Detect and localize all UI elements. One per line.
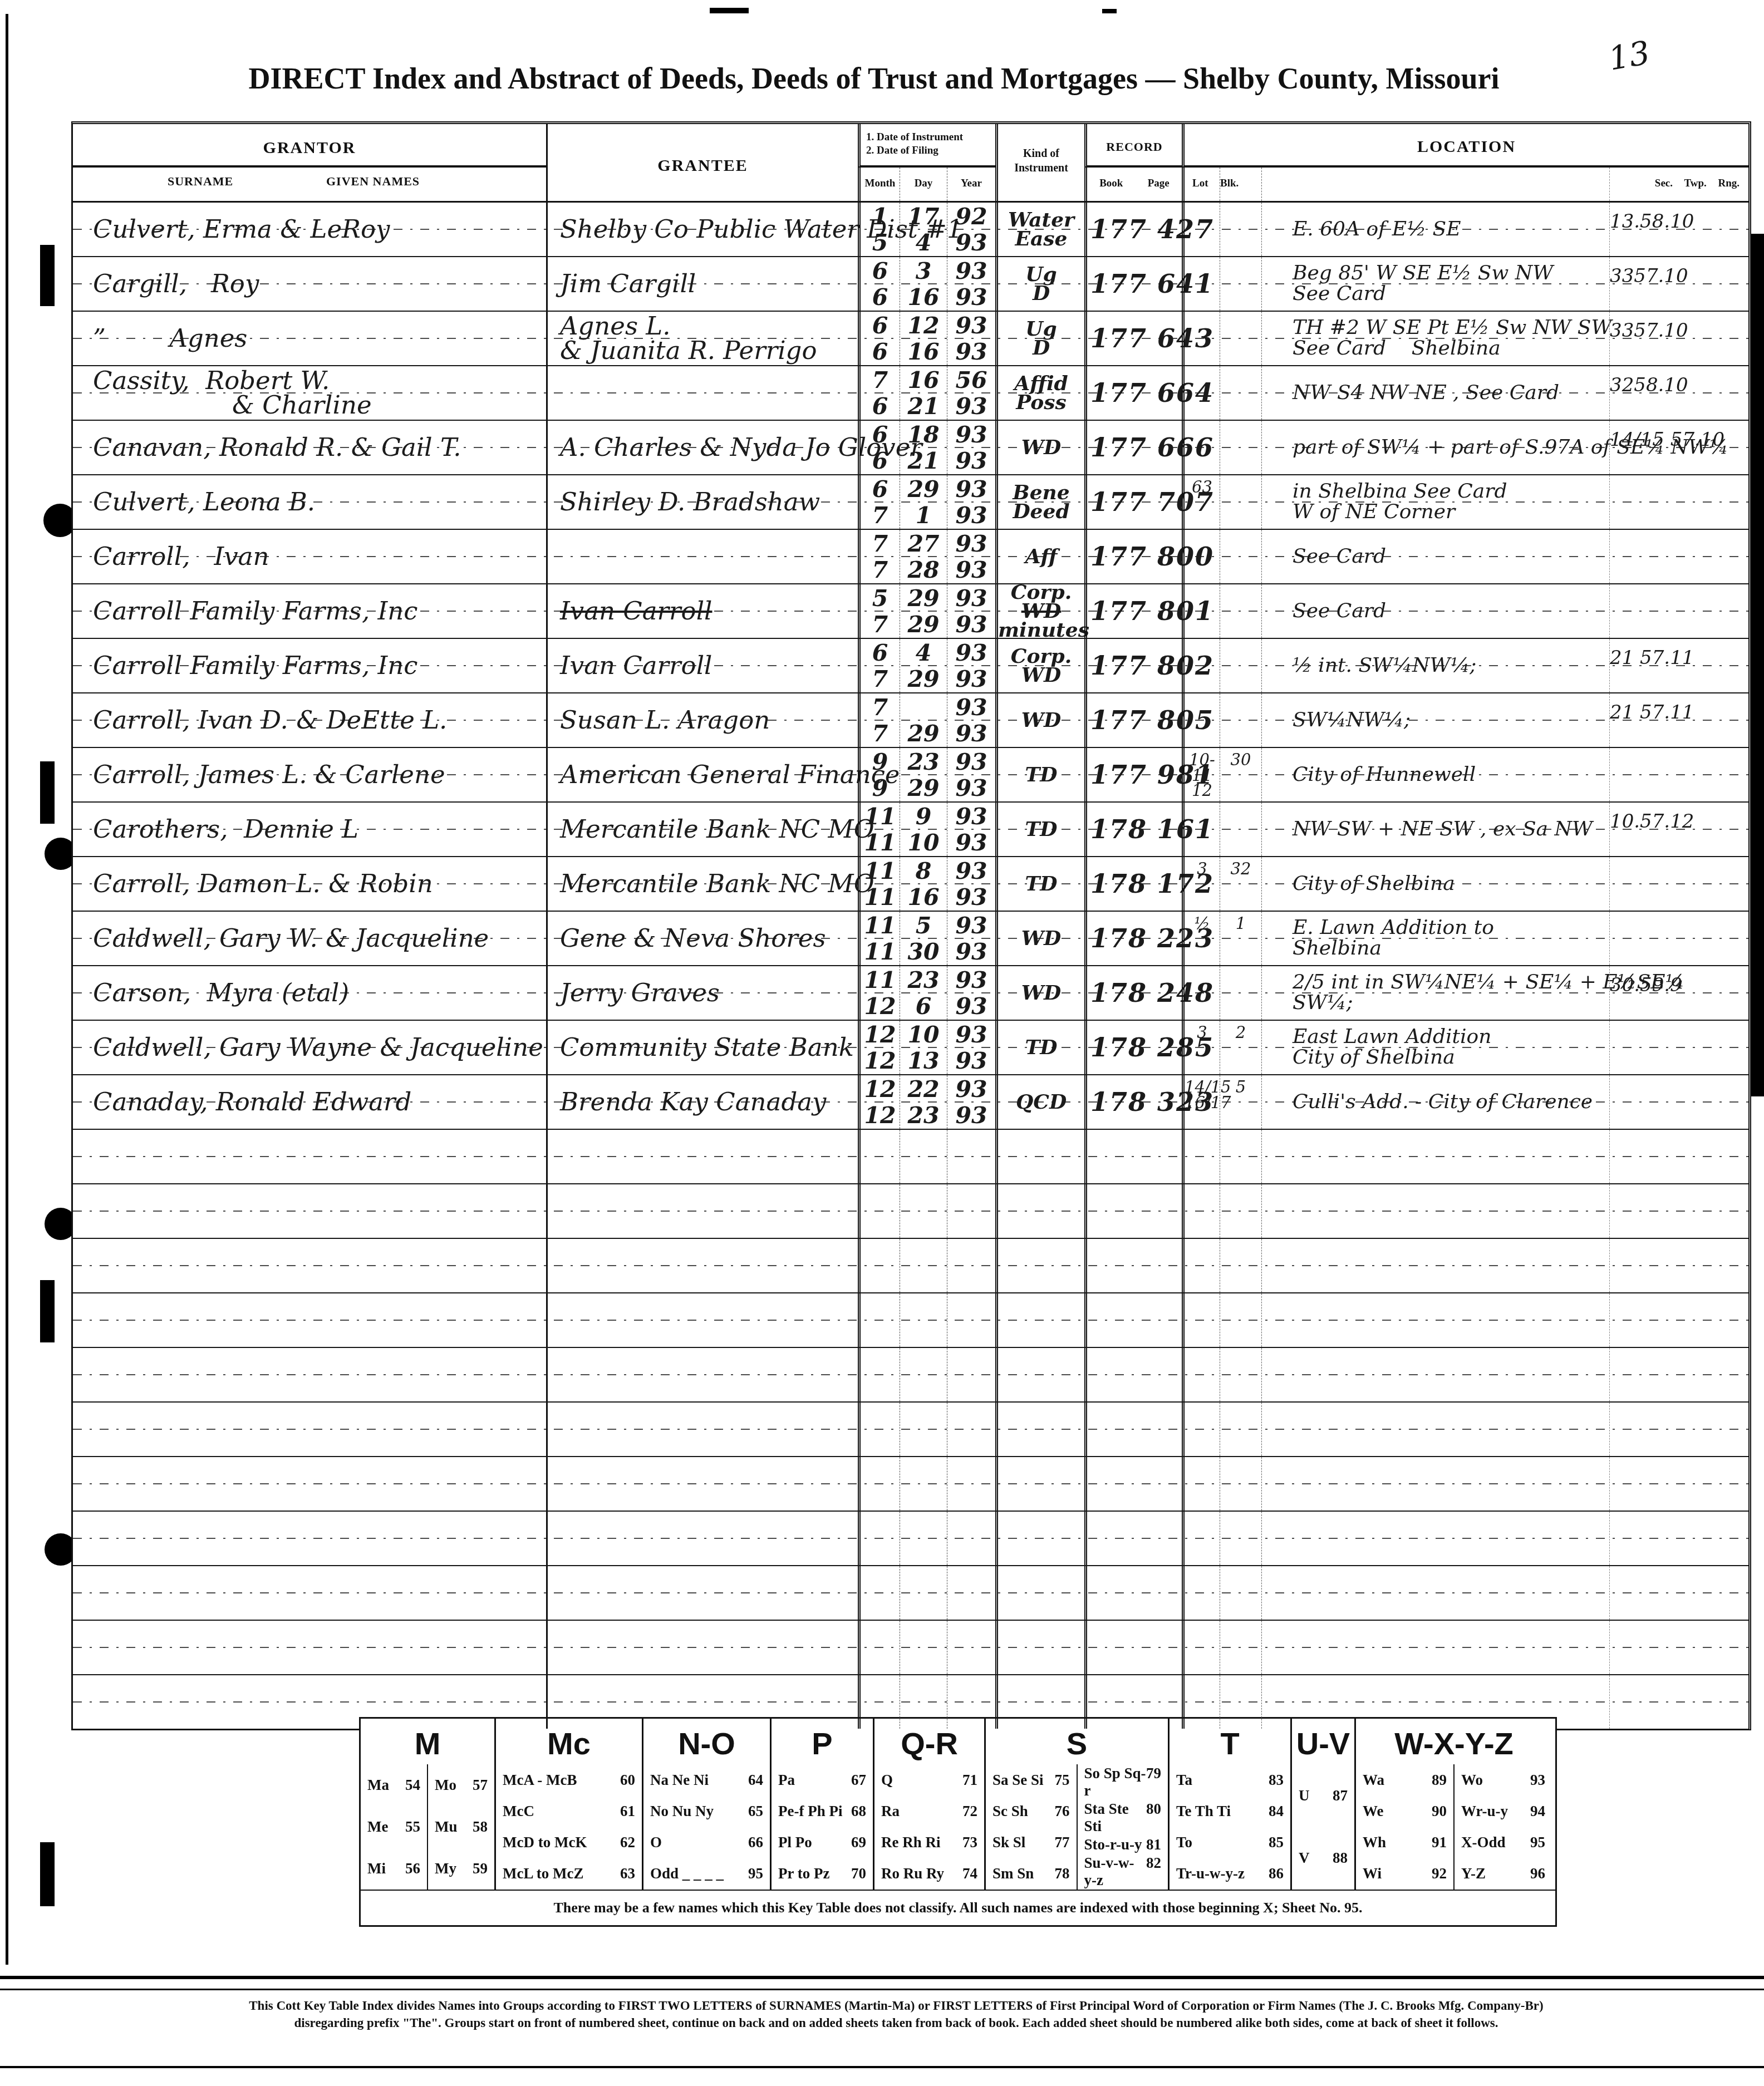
day-cell: 17 4 bbox=[900, 203, 947, 256]
key-item-label: Y-Z bbox=[1461, 1865, 1486, 1882]
key-item-label: Sto-r-u-y bbox=[1084, 1836, 1142, 1853]
year-label: Year bbox=[947, 168, 995, 201]
index-entry-row: Carroll, Ivan 7 7 27 28 93 93 Aff 177 80… bbox=[73, 530, 1748, 584]
grantor-name: Canavan, Ronald R. & Gail T. bbox=[93, 435, 546, 460]
lot-cell bbox=[1182, 312, 1220, 365]
grantor-cell: Carroll, Ivan D. & DeEtte L. bbox=[73, 693, 546, 747]
grantee-cell: Jim Cargill bbox=[546, 257, 858, 311]
instrument-month: 1 bbox=[861, 203, 900, 229]
instrument-day: 29 bbox=[900, 584, 947, 611]
key-item-label: Mo bbox=[435, 1777, 456, 1794]
filing-year: 93 bbox=[947, 992, 995, 1019]
instrument-year: 93 bbox=[947, 857, 995, 883]
key-item-label: O bbox=[650, 1834, 662, 1851]
grantor-cell: Cassity, Robert W. & Charline bbox=[73, 366, 546, 420]
filing-day: 29 bbox=[900, 774, 947, 800]
date-of-filing-label: 2. Date of Filing bbox=[866, 144, 995, 158]
blk-cell bbox=[1220, 693, 1261, 747]
key-item: Mi56 bbox=[361, 1860, 427, 1877]
grantor-name: Carroll, James L. & Carlene bbox=[93, 762, 546, 787]
lot-cell: 3 bbox=[1182, 1021, 1220, 1074]
instrument-day: 27 bbox=[900, 530, 947, 556]
binder-mark bbox=[40, 245, 55, 306]
month-cell: 11 11 bbox=[858, 803, 900, 856]
grantee-cell: American General Finance bbox=[546, 748, 858, 801]
filing-year: 93 bbox=[947, 774, 995, 800]
key-group: McMcA - McB60McC61McD to McK62McL to McZ… bbox=[494, 1719, 642, 1890]
day-cell: 9 10 bbox=[900, 803, 947, 856]
blk-value: 32 bbox=[1220, 862, 1261, 877]
year-cell: 93 93 bbox=[947, 912, 995, 965]
key-item-label: No Nu Ny bbox=[650, 1803, 714, 1820]
deed-index-table: GRANTOR SURNAME GIVEN NAMES GRANTEE 1. D… bbox=[71, 121, 1751, 1730]
grantor-name: Culvert, Leona B. bbox=[93, 490, 546, 514]
location-cell: NW SW + NE SW , ex Sa NW bbox=[1261, 803, 1609, 856]
location-cell: City of Shelbina bbox=[1261, 857, 1609, 911]
kind-of-instrument-header: Kind of Instrument bbox=[995, 124, 1084, 201]
grantor-name: Carroll, Ivan bbox=[93, 544, 546, 569]
key-item-label: Sm Sn bbox=[992, 1865, 1034, 1882]
sec-twp-rng-value: 30.59.9 bbox=[1610, 974, 1748, 996]
grantor-cell: Carroll, Damon L. & Robin bbox=[73, 857, 546, 911]
instrument-month: 9 bbox=[861, 748, 900, 774]
key-item-number: 61 bbox=[620, 1803, 635, 1820]
book-label: Book bbox=[1099, 168, 1123, 201]
key-item: Y-Z96 bbox=[1455, 1865, 1552, 1882]
filing-month: 7 bbox=[861, 611, 900, 637]
location-cell: in Shelbina See Card W of NE Corner bbox=[1261, 475, 1609, 529]
page-title: DIRECT Index and Abstract of Deeds, Deed… bbox=[200, 61, 1547, 96]
location-line1: E. 60A of E½ SE bbox=[1293, 219, 1609, 240]
day-cell: 5 30 bbox=[900, 912, 947, 965]
key-item-number: 67 bbox=[851, 1772, 866, 1789]
grantee-name: A. Charles & Nyda Jo Glover bbox=[560, 435, 858, 460]
location-line2: See Card bbox=[1293, 284, 1609, 304]
key-item-number: 88 bbox=[1333, 1849, 1348, 1867]
instrument-year: 93 bbox=[947, 530, 995, 556]
key-item: Q71 bbox=[874, 1772, 984, 1789]
key-item-label: Na Ne Ni bbox=[650, 1772, 709, 1789]
filing-year: 93 bbox=[947, 665, 995, 691]
blk-cell: 32 bbox=[1220, 857, 1261, 911]
key-item-number: 79 bbox=[1146, 1765, 1161, 1799]
grantor-cell: Caldwell, Gary Wayne & Jacqueline bbox=[73, 1021, 546, 1074]
key-item-label: Su-v-w-y-z bbox=[1084, 1854, 1147, 1889]
filing-year: 93 bbox=[947, 283, 995, 309]
grantor-name: Carothers, Dennie L bbox=[93, 817, 546, 842]
grantor-cell: Carothers, Dennie L bbox=[73, 803, 546, 856]
instrument-month: 6 bbox=[861, 257, 900, 283]
instrument-month: 5 bbox=[861, 584, 900, 611]
location-cell: Beg 85' W SE E½ Sw NW See Card bbox=[1261, 257, 1609, 311]
grantee-name: Community State Bank bbox=[560, 1035, 858, 1060]
key-item-number: 74 bbox=[962, 1865, 977, 1882]
key-table-note: There may be a few names which this Key … bbox=[361, 1890, 1555, 1925]
year-cell: 93 93 bbox=[947, 584, 995, 638]
lot-label: Lot bbox=[1182, 168, 1220, 201]
record-cell: 178 161 bbox=[1084, 803, 1182, 856]
key-item-number: 55 bbox=[405, 1818, 420, 1836]
record-cell: 177 801 bbox=[1084, 584, 1182, 638]
surname-label: SURNAME bbox=[168, 174, 233, 189]
key-item-number: 73 bbox=[962, 1834, 977, 1851]
month-cell: 12 12 bbox=[858, 1021, 900, 1074]
instrument-day: 10 bbox=[900, 1021, 947, 1047]
month-cell: 11 11 bbox=[858, 912, 900, 965]
location-cell: City of Hunnewell bbox=[1261, 748, 1609, 801]
key-item-number: 77 bbox=[1055, 1834, 1070, 1851]
instrument-day: 23 bbox=[900, 748, 947, 774]
instrument-year: 93 bbox=[947, 693, 995, 720]
filing-month: 12 bbox=[861, 1101, 900, 1128]
instrument-day: 22 bbox=[900, 1075, 947, 1101]
record-header: RECORD bbox=[1084, 124, 1182, 168]
key-item-label: Me bbox=[367, 1818, 388, 1836]
key-item: Sta Ste Sti80 bbox=[1078, 1800, 1168, 1835]
kind-line1: Corp. bbox=[998, 647, 1084, 666]
record-cell: 178 323 bbox=[1084, 1075, 1182, 1129]
location-line2: Shelbina bbox=[1293, 938, 1609, 959]
kind-label-1: Kind of bbox=[998, 146, 1084, 161]
lot-value: 3 bbox=[1185, 862, 1220, 877]
grantor-name: Caldwell, Gary W. & Jacqueline bbox=[93, 926, 546, 951]
grantee-name: Shelby Co Public Water Dist #1 bbox=[560, 217, 858, 242]
blk-value: 5 bbox=[1220, 1080, 1261, 1095]
filing-year: 93 bbox=[947, 338, 995, 364]
key-item: Tr-u-w-y-z86 bbox=[1170, 1865, 1290, 1882]
index-entry-row: Caldwell, Gary Wayne & Jacqueline Commun… bbox=[73, 1021, 1748, 1075]
index-entry-row: Caldwell, Gary W. & Jacqueline Gene & Ne… bbox=[73, 912, 1748, 966]
key-item-number: 58 bbox=[473, 1818, 488, 1836]
kind-line1: WD bbox=[998, 983, 1084, 1002]
key-item-number: 64 bbox=[748, 1772, 763, 1789]
filing-day: 29 bbox=[900, 665, 947, 691]
kind-cell: Water Ease bbox=[995, 203, 1084, 256]
index-entry-row: Carroll Family Farms, Inc Ivan Carroll 6… bbox=[73, 639, 1748, 693]
lot-cell bbox=[1182, 421, 1220, 474]
kind-line1: Bene bbox=[998, 483, 1084, 502]
key-item-number: 89 bbox=[1432, 1772, 1447, 1789]
day-cell: 18 21 bbox=[900, 421, 947, 474]
kind-line1: QCD bbox=[998, 1093, 1084, 1111]
grantor-name: Cassity, Robert W. bbox=[93, 368, 546, 393]
location-cell: Culli's Add. - City of Clarence bbox=[1261, 1075, 1609, 1129]
grantee-name: Mercantile Bank NC MO bbox=[560, 872, 858, 896]
blk-cell bbox=[1220, 421, 1261, 474]
key-item: McA - McB60 bbox=[496, 1772, 642, 1789]
sec-twp-rng-cell: 10.57.12 bbox=[1609, 803, 1748, 856]
key-item: Wr-u-y94 bbox=[1455, 1803, 1552, 1820]
empty-ruled-row bbox=[73, 1675, 1748, 1729]
key-item-number: 95 bbox=[1530, 1834, 1545, 1851]
top-scan-dash bbox=[1102, 9, 1117, 13]
key-item-label: Ro Ru Ry bbox=[881, 1865, 944, 1882]
sec-twp-rng-cell: 3357.10 bbox=[1609, 312, 1748, 365]
sec-twp-rng-cell bbox=[1609, 1075, 1748, 1129]
index-entry-row: Carroll, Ivan D. & DeEtte L. Susan L. Ar… bbox=[73, 693, 1748, 748]
key-group: U-VU87V88 bbox=[1290, 1719, 1354, 1890]
kind-cell: TD bbox=[995, 748, 1084, 801]
instrument-day: 5 bbox=[900, 912, 947, 938]
key-item: Wo93 bbox=[1455, 1772, 1552, 1789]
empty-ruled-row bbox=[73, 1184, 1748, 1239]
kind-line1: TD bbox=[998, 1038, 1084, 1057]
sec-twp-rng-cell: 21 57.11 bbox=[1609, 693, 1748, 747]
day-cell: 4 29 bbox=[900, 639, 947, 692]
filing-day: 1 bbox=[900, 501, 947, 528]
filing-year: 93 bbox=[947, 611, 995, 637]
filing-day: 29 bbox=[900, 611, 947, 637]
day-cell: 23 29 bbox=[900, 748, 947, 801]
record-cell: 177 800 bbox=[1084, 530, 1182, 583]
key-group: MMa54Me55Mi56Mo57Mu58My59 bbox=[361, 1719, 494, 1890]
location-line1: City of Hunnewell bbox=[1293, 765, 1609, 785]
kind-cell: Affid Poss bbox=[995, 366, 1084, 420]
key-item: Na Ne Ni64 bbox=[643, 1772, 770, 1789]
key-item-label: Wa bbox=[1363, 1772, 1384, 1789]
key-item-number: 75 bbox=[1055, 1772, 1070, 1789]
empty-ruled-row bbox=[73, 1403, 1748, 1457]
instrument-month: 6 bbox=[861, 475, 900, 501]
record-cell: 178 248 bbox=[1084, 966, 1182, 1020]
blk-cell bbox=[1220, 366, 1261, 420]
filing-month: 6 bbox=[861, 447, 900, 473]
grantee-name: Jerry Graves bbox=[560, 981, 858, 1005]
given-names-label: GIVEN NAMES bbox=[326, 174, 420, 189]
kind-line1: Water bbox=[998, 210, 1084, 229]
filing-day: 13 bbox=[900, 1047, 947, 1073]
key-item-label: McL to McZ bbox=[503, 1865, 583, 1882]
record-cell: 178 285 bbox=[1084, 1021, 1182, 1074]
filing-day: 30 bbox=[900, 938, 947, 964]
filing-month: 7 bbox=[861, 665, 900, 691]
record-cell: 177 427 bbox=[1084, 203, 1182, 256]
grantee-cell: Ivan Carroll bbox=[546, 584, 858, 638]
key-item-number: 86 bbox=[1269, 1865, 1284, 1882]
year-cell: 93 93 bbox=[947, 1021, 995, 1074]
lot-cell bbox=[1182, 803, 1220, 856]
grantee-cell bbox=[546, 530, 858, 583]
kind-line1: WD bbox=[998, 711, 1084, 730]
filing-year: 93 bbox=[947, 720, 995, 746]
key-item: No Nu Ny65 bbox=[643, 1803, 770, 1820]
filing-day: 16 bbox=[900, 883, 947, 909]
grantor-header: GRANTOR bbox=[73, 124, 546, 168]
grantee-name: Ivan Carroll bbox=[560, 653, 858, 678]
empty-ruled-row bbox=[73, 1239, 1748, 1293]
key-item-label: Tr-u-w-y-z bbox=[1176, 1865, 1245, 1882]
instrument-year: 93 bbox=[947, 312, 995, 338]
empty-ruled-row bbox=[73, 1293, 1748, 1348]
grantor-name: Canaday, Ronald Edward bbox=[93, 1090, 546, 1114]
lot-cell bbox=[1182, 366, 1220, 420]
month-cell: 6 6 bbox=[858, 421, 900, 474]
lot-cell bbox=[1182, 530, 1220, 583]
location-cell: ½ int. SW¼NW¼; bbox=[1261, 639, 1609, 692]
key-item: Su-v-w-y-z82 bbox=[1078, 1854, 1168, 1889]
key-item-label: U bbox=[1299, 1787, 1310, 1804]
grantee-cell: Agnes L. & Juanita R. Perrigo bbox=[546, 312, 858, 365]
blk-cell bbox=[1220, 966, 1261, 1020]
day-cell: 29 29 bbox=[900, 584, 947, 638]
location-line2: See Card Shelbina bbox=[1293, 338, 1609, 359]
key-item-label: McD to McK bbox=[503, 1834, 587, 1851]
filing-year: 93 bbox=[947, 556, 995, 582]
grantor-cell: Carroll Family Farms, Inc bbox=[73, 639, 546, 692]
kind-cell: Ug D bbox=[995, 257, 1084, 311]
filing-month: 7 bbox=[861, 720, 900, 746]
blk-cell: 30 bbox=[1220, 748, 1261, 801]
kind-cell: Corp. WD minutes bbox=[995, 584, 1084, 638]
day-cell: 27 28 bbox=[900, 530, 947, 583]
day-cell: 3 16 bbox=[900, 257, 947, 311]
location-cell: SW¼NW¼; bbox=[1261, 693, 1609, 747]
location-line1: East Lawn Addition bbox=[1293, 1027, 1609, 1047]
location-line2: City of Shelbina bbox=[1293, 1047, 1609, 1068]
kind-line2: Deed bbox=[998, 502, 1084, 521]
index-entry-row: Cassity, Robert W. & Charline 7 6 16 21 … bbox=[73, 366, 1748, 421]
grantor-cell: Canavan, Ronald R. & Gail T. bbox=[73, 421, 546, 474]
page-number: 13 bbox=[1606, 33, 1653, 78]
location-cell: TH #2 W SE Pt E½ Sw NW SW See Card Shelb… bbox=[1261, 312, 1609, 365]
month-cell: 9 9 bbox=[858, 748, 900, 801]
sec-twp-rng-label: Sec. Twp. Rng. bbox=[1609, 168, 1748, 201]
location-line1: in Shelbina See Card bbox=[1293, 481, 1609, 502]
key-item: Pr to Pz70 bbox=[772, 1865, 873, 1882]
sec-twp-rng-cell: 14/15 57.10 bbox=[1609, 421, 1748, 474]
key-item-label: Re Rh Ri bbox=[881, 1834, 941, 1851]
grantee-cell: Brenda Kay Canaday bbox=[546, 1075, 858, 1129]
filing-day: 21 bbox=[900, 447, 947, 473]
instrument-day: 4 bbox=[900, 639, 947, 665]
record-cell: 177 666 bbox=[1084, 421, 1182, 474]
key-item-number: 54 bbox=[405, 1777, 420, 1794]
kind-line2: WD bbox=[998, 666, 1084, 685]
key-item-number: 71 bbox=[962, 1772, 977, 1789]
year-cell: 93 93 bbox=[947, 857, 995, 911]
year-cell: 93 93 bbox=[947, 639, 995, 692]
instrument-year: 92 bbox=[947, 203, 995, 229]
key-item-label: Q bbox=[881, 1772, 893, 1789]
filing-day: 16 bbox=[900, 283, 947, 309]
record-cell: 177 802 bbox=[1084, 639, 1182, 692]
grantor-cell: Culvert, Erma & LeRoy bbox=[73, 203, 546, 256]
location-line1: 2/5 int in SW¼NE¼ + SE¼ + E½SE¼ bbox=[1293, 972, 1609, 993]
year-cell: 93 93 bbox=[947, 803, 995, 856]
filing-month: 9 bbox=[861, 774, 900, 800]
binder-mark bbox=[40, 761, 55, 824]
filing-month: 11 bbox=[861, 938, 900, 964]
kind-line1: TD bbox=[998, 874, 1084, 893]
grantee-name: Agnes L. bbox=[560, 314, 858, 338]
key-item-number: 92 bbox=[1432, 1865, 1447, 1882]
lot-value: 14/15 16/17 bbox=[1185, 1080, 1220, 1110]
grantor-cell: Caldwell, Gary W. & Jacqueline bbox=[73, 912, 546, 965]
key-item: U87 bbox=[1292, 1787, 1354, 1804]
instrument-year: 93 bbox=[947, 748, 995, 774]
key-item: McD to McK62 bbox=[496, 1834, 642, 1851]
lot-value: ½ bbox=[1185, 916, 1220, 932]
key-group: PPa67Pe-f Ph Pi68Pl Po69Pr to Pz70 bbox=[770, 1719, 873, 1890]
key-item: Odd _ _ _ _95 bbox=[643, 1865, 770, 1882]
kind-cell: WD bbox=[995, 693, 1084, 747]
scan-rule bbox=[0, 1976, 1764, 1979]
year-cell: 93 93 bbox=[947, 421, 995, 474]
instrument-month: 6 bbox=[861, 421, 900, 447]
month-cell: 7 6 bbox=[858, 366, 900, 420]
sec-twp-rng-value: 21 57.11 bbox=[1610, 647, 1748, 669]
filing-year: 93 bbox=[947, 883, 995, 909]
grantee-cell: Shelby Co Public Water Dist #1 bbox=[546, 203, 858, 256]
location-line1: City of Shelbina bbox=[1293, 874, 1609, 894]
key-item: We90 bbox=[1356, 1803, 1453, 1820]
sec-twp-rng-cell bbox=[1609, 584, 1748, 638]
empty-ruled-row bbox=[73, 1621, 1748, 1675]
key-item: Ta83 bbox=[1170, 1772, 1290, 1789]
index-entry-row: Carroll Family Farms, Inc Ivan Carroll 5… bbox=[73, 584, 1748, 639]
key-item-label: Pe-f Ph Pi bbox=[778, 1803, 842, 1820]
blk-value: 1 bbox=[1220, 916, 1261, 932]
grantor-name: Carroll, Ivan D. & DeEtte L. bbox=[93, 708, 546, 732]
location-cell: See Card bbox=[1261, 584, 1609, 638]
kind-struck: WD bbox=[998, 602, 1084, 621]
record-cell: 177 707 bbox=[1084, 475, 1182, 529]
location-cell: E. 60A of E½ SE bbox=[1261, 203, 1609, 256]
filing-year: 93 bbox=[947, 447, 995, 473]
month-cell: 6 6 bbox=[858, 257, 900, 311]
instrument-month: 11 bbox=[861, 857, 900, 883]
index-entry-row: Cargill, Roy Jim Cargill 6 6 3 16 93 93 … bbox=[73, 257, 1748, 312]
key-group: SSa Se Si75Sc Sh76Sk Sl77Sm Sn78So Sp Sq… bbox=[984, 1719, 1168, 1890]
key-item-number: 95 bbox=[748, 1865, 763, 1882]
key-item-number: 81 bbox=[1146, 1836, 1161, 1853]
index-entry-row: Canaday, Ronald Edward Brenda Kay Canada… bbox=[73, 1075, 1748, 1130]
record-cell: 177 981 bbox=[1084, 748, 1182, 801]
grantor-name: ” Agnes bbox=[93, 326, 546, 351]
filing-month: 12 bbox=[861, 1047, 900, 1073]
kind-cell: Ug D bbox=[995, 312, 1084, 365]
filing-month: 12 bbox=[861, 992, 900, 1019]
instrument-day: 29 bbox=[900, 475, 947, 501]
location-line1: part of SW¼ + part of S.97A of SE¼ NW¼ bbox=[1293, 437, 1609, 458]
location-line1: ½ int. SW¼NW¼; bbox=[1293, 656, 1609, 676]
grantee-cell: Ivan Carroll bbox=[546, 639, 858, 692]
year-cell: 93 93 bbox=[947, 257, 995, 311]
location-cell: part of SW¼ + part of S.97A of SE¼ NW¼ bbox=[1261, 421, 1609, 474]
key-item: My59 bbox=[428, 1860, 494, 1877]
grantor-name: Carson, Myra (etal) bbox=[93, 981, 546, 1005]
key-item-number: 62 bbox=[620, 1834, 635, 1851]
index-entry-row: Culvert, Erma & LeRoy Shelby Co Public W… bbox=[73, 203, 1748, 257]
location-line1: SW¼NW¼; bbox=[1293, 710, 1609, 731]
key-item-label: Wo bbox=[1461, 1772, 1483, 1789]
scan-rule bbox=[0, 1989, 1764, 1990]
year-cell: 93 93 bbox=[947, 966, 995, 1020]
binder-mark bbox=[40, 1280, 55, 1342]
filing-month: 11 bbox=[861, 829, 900, 855]
sec-twp-rng-value: 13.58.10 bbox=[1610, 210, 1748, 233]
kind-cell: WD bbox=[995, 421, 1084, 474]
index-entry-row: Carson, Myra (etal) Jerry Graves 11 12 2… bbox=[73, 966, 1748, 1021]
lot-cell: 14/15 16/17 bbox=[1182, 1075, 1220, 1129]
instrument-year: 93 bbox=[947, 475, 995, 501]
key-item-label: McC bbox=[503, 1803, 534, 1820]
location-line2: W of NE Corner bbox=[1293, 502, 1609, 523]
key-item: Sk Sl77 bbox=[986, 1834, 1077, 1851]
lot-value: 3 bbox=[1185, 1025, 1220, 1041]
key-item-label: Odd _ _ _ _ bbox=[650, 1865, 724, 1882]
kind-label-2: Instrument bbox=[998, 161, 1084, 175]
